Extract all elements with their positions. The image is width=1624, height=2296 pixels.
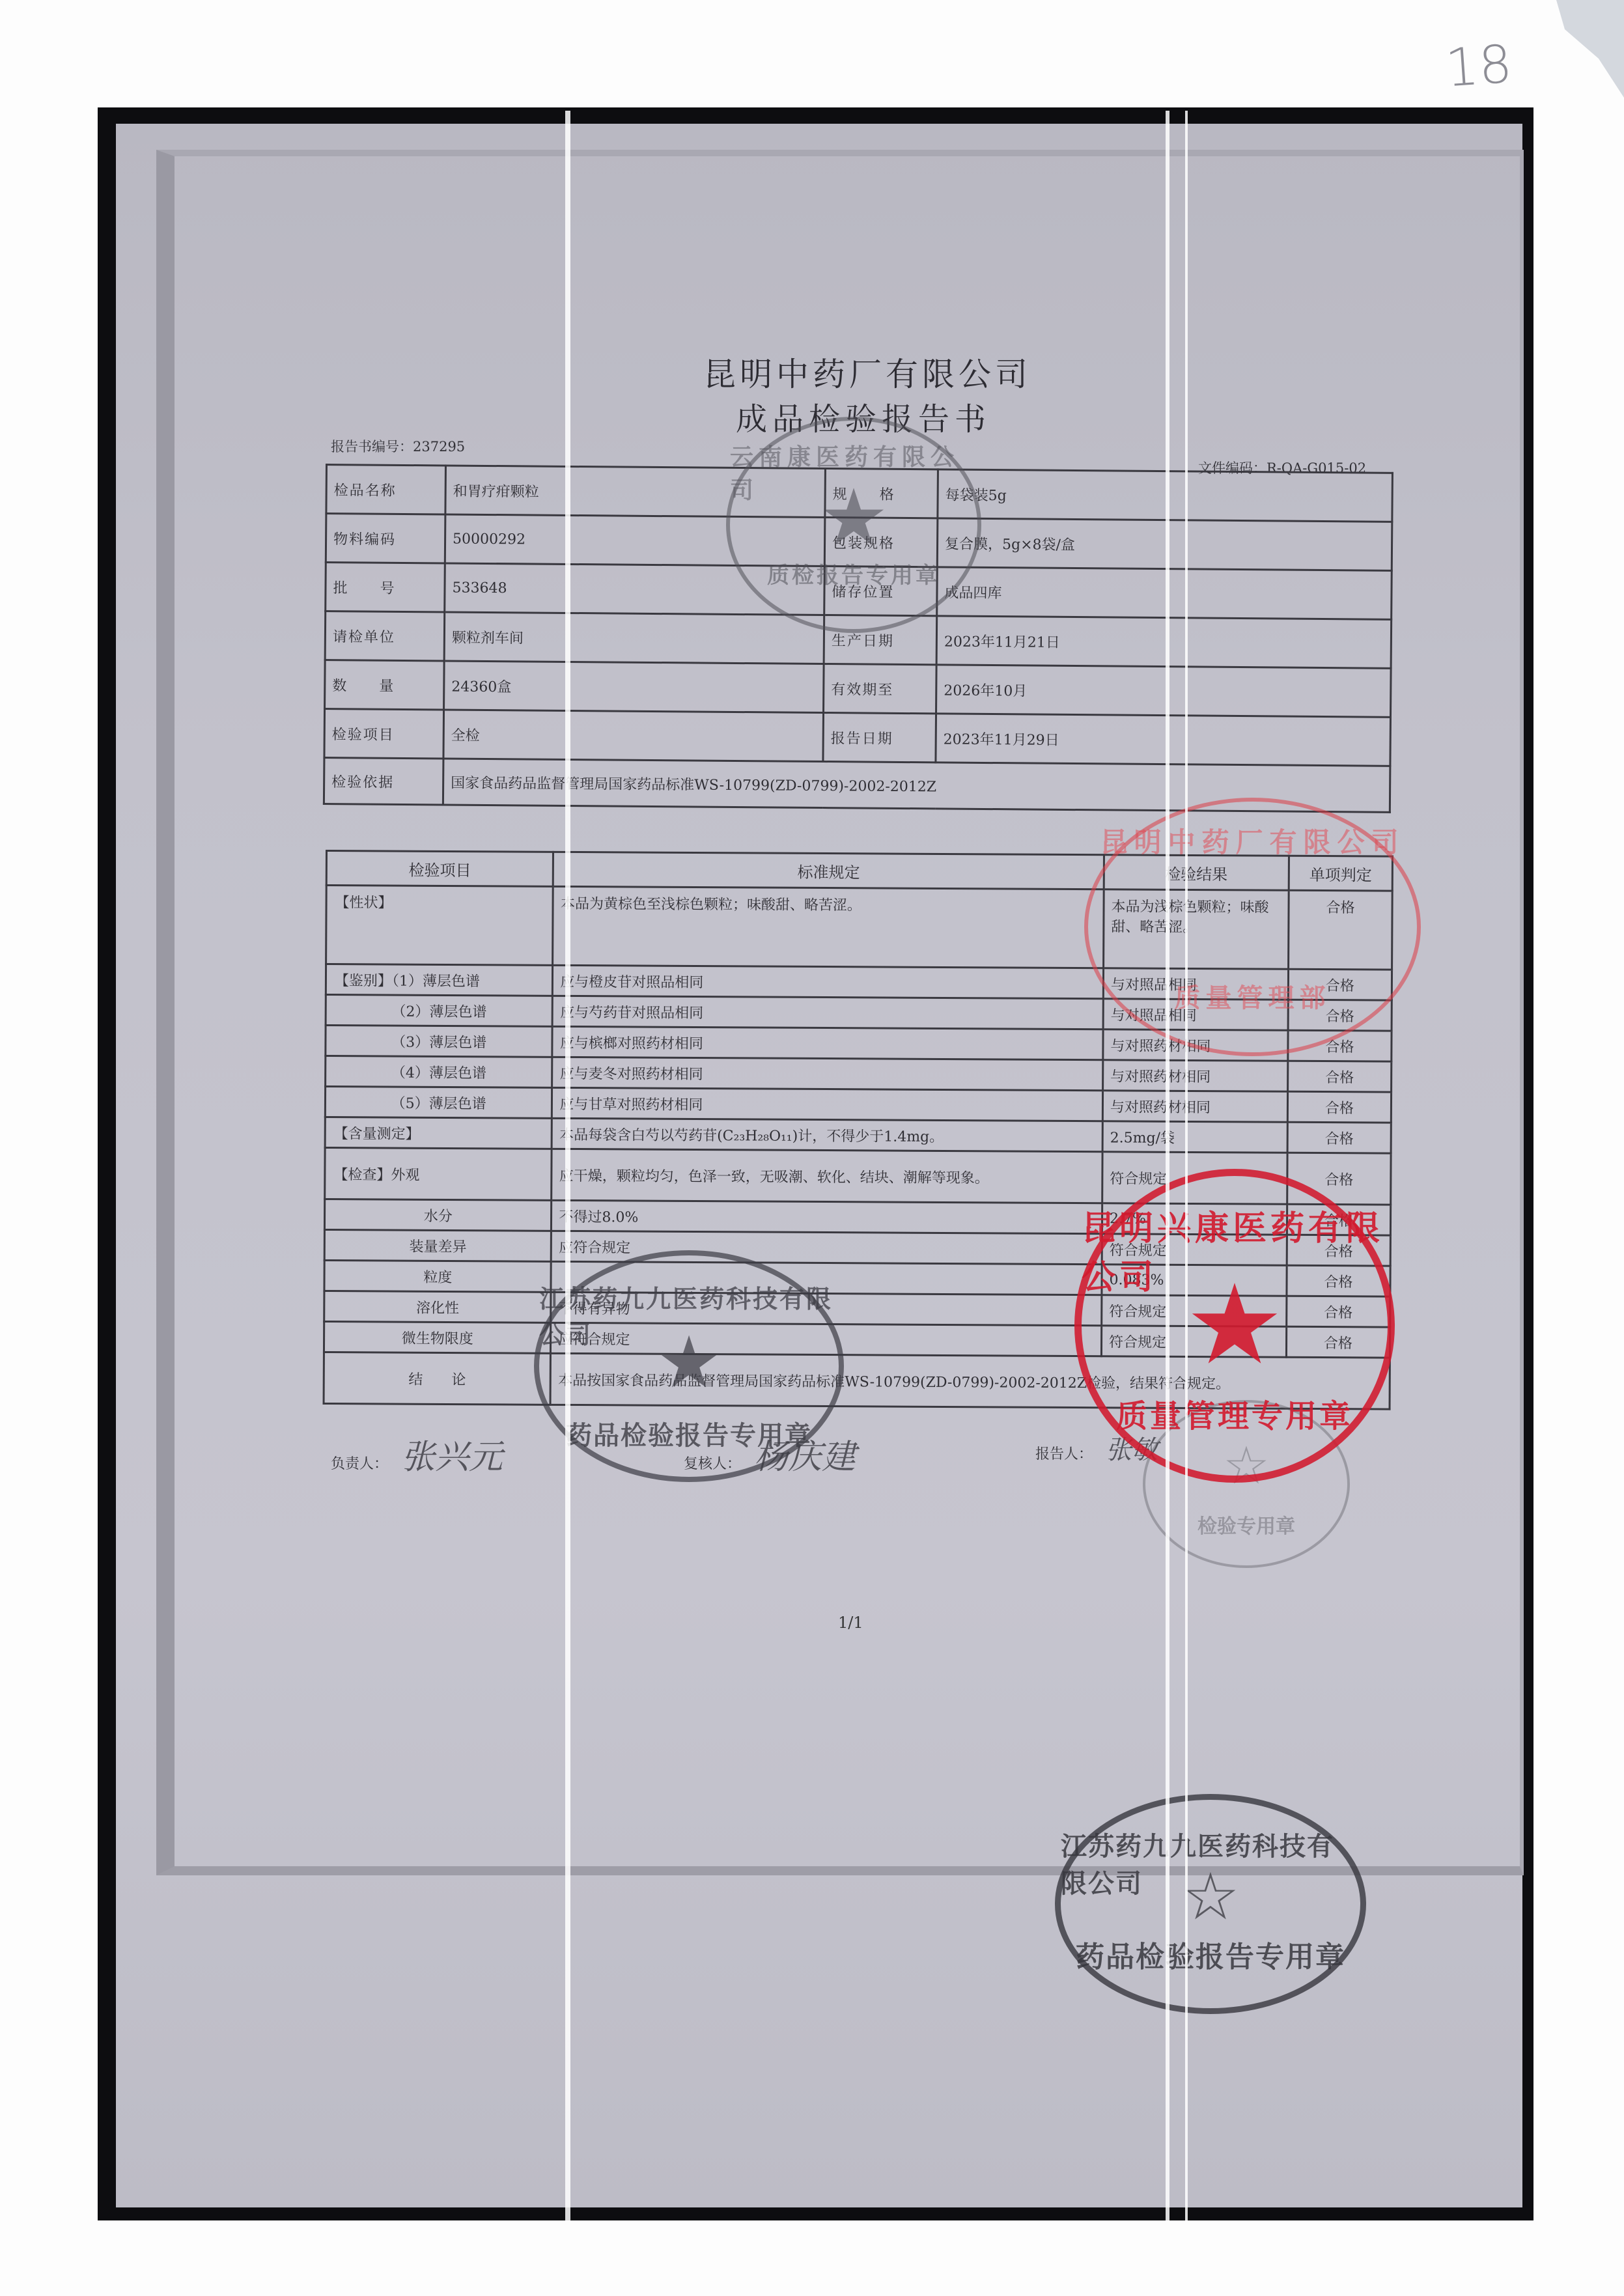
test-judgement: 合格 <box>1287 1061 1391 1092</box>
label: 检验项目 <box>324 709 444 759</box>
test-item: 粒度 <box>324 1260 552 1292</box>
test-standard: 应与甘草对照药材相同 <box>552 1087 1103 1121</box>
test-standard: 应与橙皮苷对照品相同 <box>553 965 1104 998</box>
responsible-signature: 张兴元 <box>401 1438 503 1477</box>
conclusion-label: 结 论 <box>324 1352 551 1405</box>
test-standard: 应与芍药苷对照品相同 <box>552 996 1103 1029</box>
test-item: 【性状】 <box>326 886 553 966</box>
label: 请检单位 <box>325 611 445 661</box>
report-number-value: 237295 <box>413 439 465 455</box>
stamp-bottom-text: 质量管理部 <box>1175 977 1331 1015</box>
scan-streak <box>1166 111 1169 2220</box>
company-name: 昆明中药厂有限公司 <box>703 348 1031 395</box>
faint-red-stamp: 昆明中药厂有限公司 质量管理部 <box>1084 798 1421 1056</box>
test-scope: 全检 <box>443 710 824 762</box>
stamp-bottom-text: 质检报告专用章 <box>767 557 940 589</box>
report-number: 报告书编号：237295 <box>331 436 465 456</box>
label: 批 号 <box>326 563 445 612</box>
star-icon: ☆ <box>1181 1858 1240 1935</box>
responsible-label: 负责人： <box>331 1456 388 1472</box>
quantity: 24360盒 <box>444 661 824 713</box>
signature-responsible: 负责人：张兴元 <box>331 1429 503 1478</box>
inspection-report: 昆明中药厂有限公司 成品检验报告书 报告书编号：237295 文件编码：R-QA… <box>0 0 1624 2296</box>
expiry-date: 2026年10月 <box>936 665 1392 717</box>
test-result: 与对照药材相同 <box>1103 1060 1288 1091</box>
stamp-bottom-text: 质量管理专用章 <box>1116 1391 1353 1436</box>
column-header: 标准规定 <box>553 852 1104 889</box>
info-row: 检验项目 全检 报告日期 2023年11月29日 <box>324 709 1391 766</box>
bottom-drug-report-stamp: 江苏药九九医药科技有限公司 ☆ 药品检验报告专用章 <box>1055 1794 1366 2014</box>
test-item: 溶化性 <box>324 1291 552 1323</box>
label: 检品名称 <box>326 465 446 514</box>
test-item: （2）薄层色谱 <box>326 995 553 1027</box>
test-result: 与对照药材相同 <box>1102 1091 1287 1122</box>
label: 检验依据 <box>324 757 443 804</box>
test-judgement: 合格 <box>1287 1122 1391 1153</box>
quality-management-stamp: 昆明兴康医药有限公司 ★ 质量管理专用章 <box>1074 1169 1395 1483</box>
packaging: 复合膜，5g×8袋/盒 <box>937 518 1392 570</box>
table-row: （5）薄层色谱应与甘草对照药材相同与对照药材相同合格 <box>325 1087 1391 1123</box>
stamp-bottom-text: 药品检验报告专用章 <box>1076 1933 1345 1975</box>
star-icon: ★ <box>819 473 889 563</box>
drug-report-stamp: 江苏药九九医药科技有限公司 ★ 药品检验报告专用章 <box>534 1250 844 1482</box>
test-item: 【鉴别】（1）薄层色谱 <box>326 964 553 996</box>
storage-location: 成品四库 <box>937 567 1392 619</box>
label: 物料编码 <box>326 514 445 563</box>
star-icon: ★ <box>657 1321 721 1404</box>
table-row: （4）薄层色谱应与麦冬对照药材相同与对照药材相同合格 <box>326 1056 1392 1093</box>
stamp-bottom-text: 药品检验报告专用章 <box>566 1415 812 1452</box>
test-item: （5）薄层色谱 <box>325 1087 552 1119</box>
test-judgement: 合格 <box>1287 1091 1391 1123</box>
test-item: 微生物限度 <box>324 1321 551 1353</box>
requesting-unit: 颗粒剂车间 <box>444 612 824 664</box>
reporter-label: 报告人： <box>1035 1446 1093 1463</box>
test-item: 【检查】外观 <box>325 1148 552 1201</box>
test-result: 2.5mg/袋 <box>1102 1121 1287 1153</box>
report-number-label: 报告书编号： <box>331 439 413 455</box>
test-standard: 应与麦冬对照药材相同 <box>552 1057 1103 1090</box>
test-item: 【含量测定】 <box>325 1117 552 1149</box>
test-item: （4）薄层色谱 <box>326 1056 553 1088</box>
test-item: （3）薄层色谱 <box>326 1026 553 1057</box>
page-number: 1/1 <box>838 1614 863 1632</box>
test-item: 装量差异 <box>324 1229 552 1261</box>
scan-streak <box>1185 111 1188 2220</box>
test-standard: 应干燥，颗粒均匀，色泽一致，无吸潮、软化、结块、潮解等现象。 <box>552 1149 1102 1203</box>
star-icon: ★ <box>1185 1261 1284 1390</box>
test-item: 水分 <box>324 1199 552 1231</box>
label: 报告日期 <box>823 713 936 763</box>
stamp-bottom-text: 检验专用章 <box>1197 1510 1295 1539</box>
test-standard: 本品每袋含白芍以芍药苷(C₂₃H₂₈O₁₁)计，不得少于1.4mg。 <box>552 1118 1103 1151</box>
report-date: 2023年11月29日 <box>936 714 1391 766</box>
info-row: 数 量 24360盒 有效期至 2026年10月 <box>325 660 1392 718</box>
test-standard: 不得过8.0% <box>552 1200 1102 1233</box>
quality-report-stamp: 云南康医药有限公司 ★ 质检报告专用章 <box>726 417 981 633</box>
test-standard: 应与槟榔对照药材相同 <box>552 1026 1103 1059</box>
production-date: 2023年11月21日 <box>936 616 1392 668</box>
test-standard: 本品为黄棕色至浅棕色颗粒；味酸甜、略苦涩。 <box>553 886 1104 968</box>
scan-streak <box>565 111 570 2220</box>
table-row: 【含量测定】本品每袋含白芍以芍药苷(C₂₃H₂₈O₁₁)计，不得少于1.4mg。… <box>325 1117 1391 1154</box>
stamp-ring-text: 昆明中药厂有限公司 <box>1100 821 1405 860</box>
label: 数 量 <box>325 660 445 710</box>
column-header: 检验项目 <box>326 851 553 887</box>
label: 有效期至 <box>824 664 937 714</box>
